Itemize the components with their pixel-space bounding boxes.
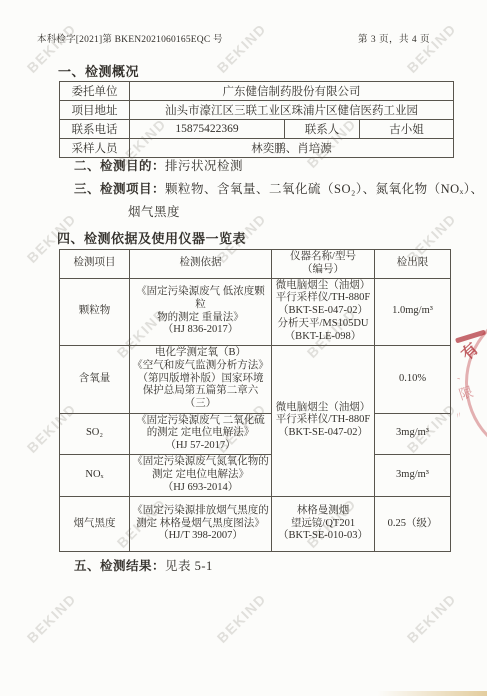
section3-items-cont: 烟气黑度 [128, 205, 180, 219]
watermark-text: BEKIND [214, 20, 270, 76]
table-row: 颗粒物 《固定污染源废气 低浓度颗粒 物的测定 重量法》 （HJ 836-201… [60, 278, 451, 345]
sampler-value: 林奕鹏、肖培源 [130, 139, 454, 158]
instrument-soot: 林格曼测烟 望远镜/QT201 （BKT-SE-010-03） [272, 496, 375, 551]
section2-line: 二、检测目的：排污状况检测 [74, 156, 243, 174]
header-basis: 检测依据 [130, 250, 272, 279]
table-row: 委托单位 广东健信制药股份有限公司 [60, 82, 454, 101]
sampler-label: 采样人员 [60, 139, 130, 158]
limit-so2: 3mg/m³ [375, 413, 451, 454]
limit-oxygen: 0.10% [375, 345, 451, 413]
client-label: 委托单位 [60, 82, 130, 101]
table-row: 烟气黑度 《固定污染源排放烟气黑度的 测定 林格曼烟气黑度图法》 （HJ/T 3… [60, 496, 451, 551]
section1-title: 一、检测概况 [58, 61, 139, 80]
watermark-text: BEKIND [404, 20, 460, 76]
seal-char-xian: 限 [456, 381, 475, 404]
seal-char-you: 有 [455, 337, 482, 365]
doc-number: 本科检字[2021]第 BKEN2021060165EQC 号 [37, 31, 223, 45]
limit-nox: 3mg/m³ [375, 454, 451, 496]
client-value: 广东健信制药股份有限公司 [130, 82, 454, 101]
item-oxygen: 含氧量 [60, 345, 130, 413]
seal-stroke [455, 330, 486, 343]
watermark-text: BEKIND [214, 590, 270, 646]
address-value: 汕头市濠江区三联工业区珠浦片区健信医药工业园 [130, 101, 454, 120]
watermark-text: BEKIND [24, 590, 80, 646]
table-row: NOₓ 《固定污染源废气氮氧化物的 测定 定电位电解法》 （HJ 693-201… [60, 454, 451, 496]
section2-value: 排污状况检测 [165, 159, 243, 173]
table-row: 联系电话 15875422369 联系人 古小姐 [60, 120, 454, 139]
basis-nox: 《固定污染源废气氮氧化物的 测定 定电位电解法》 （HJ 693-2014） [130, 454, 272, 496]
section4-title: 四、检测依据及使用仪器一览表 [57, 228, 246, 247]
seal-small-mark: 〃 [453, 409, 465, 422]
basis-soot: 《固定污染源排放烟气黑度的 测定 林格曼烟气黑度图法》 （HJ/T 398-20… [130, 496, 272, 551]
item-nox: NOₓ [60, 454, 130, 496]
section3-line2: 烟气黑度 [128, 202, 180, 220]
watermark-text: BEKIND [404, 590, 460, 646]
table-row: 含氧量 电化学测定氧（B） 《空气和废气监测分析方法》 （第四版增补版）国家环境… [60, 345, 451, 413]
item-so2: SO₂ [60, 413, 130, 454]
instrument-shared: 微电脑烟尘（油烟） 平行采样仪/TH-880F （BKT-SE-047-02） [272, 345, 375, 496]
table-row: SO₂ 《固定污染源废气 二氧化硫 的测定 定电位电解法》 （HJ 57-201… [60, 413, 451, 454]
section2-label: 二、检测目的： [74, 159, 165, 173]
header-instrument: 仪器名称/型号 （编号） [272, 250, 375, 279]
contact-label: 联系人 [285, 120, 360, 139]
header-limit: 检出限 [375, 250, 451, 279]
section3-label: 三、检测项目： [74, 182, 165, 196]
limit-particulate: 1.0mg/m³ [375, 278, 451, 345]
method-table: 检测项目 检测依据 仪器名称/型号 （编号） 检出限 颗粒物 《固定污染源废气 … [59, 249, 451, 552]
item-soot: 烟气黑度 [60, 496, 130, 551]
section3-line1: 三、检测项目：颗粒物、含氧量、二氧化硫（SO₂）、氮氧化物（NOₓ）、 [74, 179, 484, 197]
basis-particulate: 《固定污染源废气 低浓度颗粒 物的测定 重量法》 （HJ 836-2017） [130, 278, 272, 345]
method-table-header-row: 检测项目 检测依据 仪器名称/型号 （编号） 检出限 [60, 250, 451, 279]
contact-value: 古小姐 [360, 120, 454, 139]
table-row: 项目地址 汕头市濠江区三联工业区珠浦片区健信医药工业园 [60, 101, 454, 120]
phone-label: 联系电话 [60, 120, 130, 139]
instrument-particulate: 微电脑烟尘（油烟） 平行采样仪/TH-880F （BKT-SE-047-02） … [272, 278, 375, 345]
limit-soot: 0.25（级） [375, 496, 451, 551]
seal-ring [465, 305, 487, 461]
section5-line: 五、检测结果：见表 5-1 [74, 556, 213, 574]
scan-artifact [377, 691, 487, 696]
page-number: 第 3 页，共 4 页 [358, 31, 430, 45]
section5-value: 见表 5-1 [165, 559, 213, 573]
phone-value: 15875422369 [130, 120, 285, 139]
item-particulate: 颗粒物 [60, 278, 130, 345]
header-item: 检测项目 [60, 250, 130, 279]
report-page: BEKINDBEKINDBEKINDBEKINDBEKINDBEKINDBEKI… [0, 0, 487, 696]
section3-items: 颗粒物、含氧量、二氧化硫（SO₂）、氮氧化物（NOₓ）、 [165, 182, 484, 196]
section5-label: 五、检测结果： [74, 559, 165, 573]
seal-mark: 、 [452, 367, 466, 383]
address-label: 项目地址 [60, 101, 130, 120]
table-row: 采样人员 林奕鹏、肖培源 [60, 139, 454, 158]
basis-so2: 《固定污染源废气 二氧化硫 的测定 定电位电解法》 （HJ 57-2017） [130, 413, 272, 454]
overview-table: 委托单位 广东健信制药股份有限公司 项目地址 汕头市濠江区三联工业区珠浦片区健信… [59, 81, 454, 158]
basis-oxygen: 电化学测定氧（B） 《空气和废气监测分析方法》 （第四版增补版）国家环境 保护总… [130, 345, 272, 413]
